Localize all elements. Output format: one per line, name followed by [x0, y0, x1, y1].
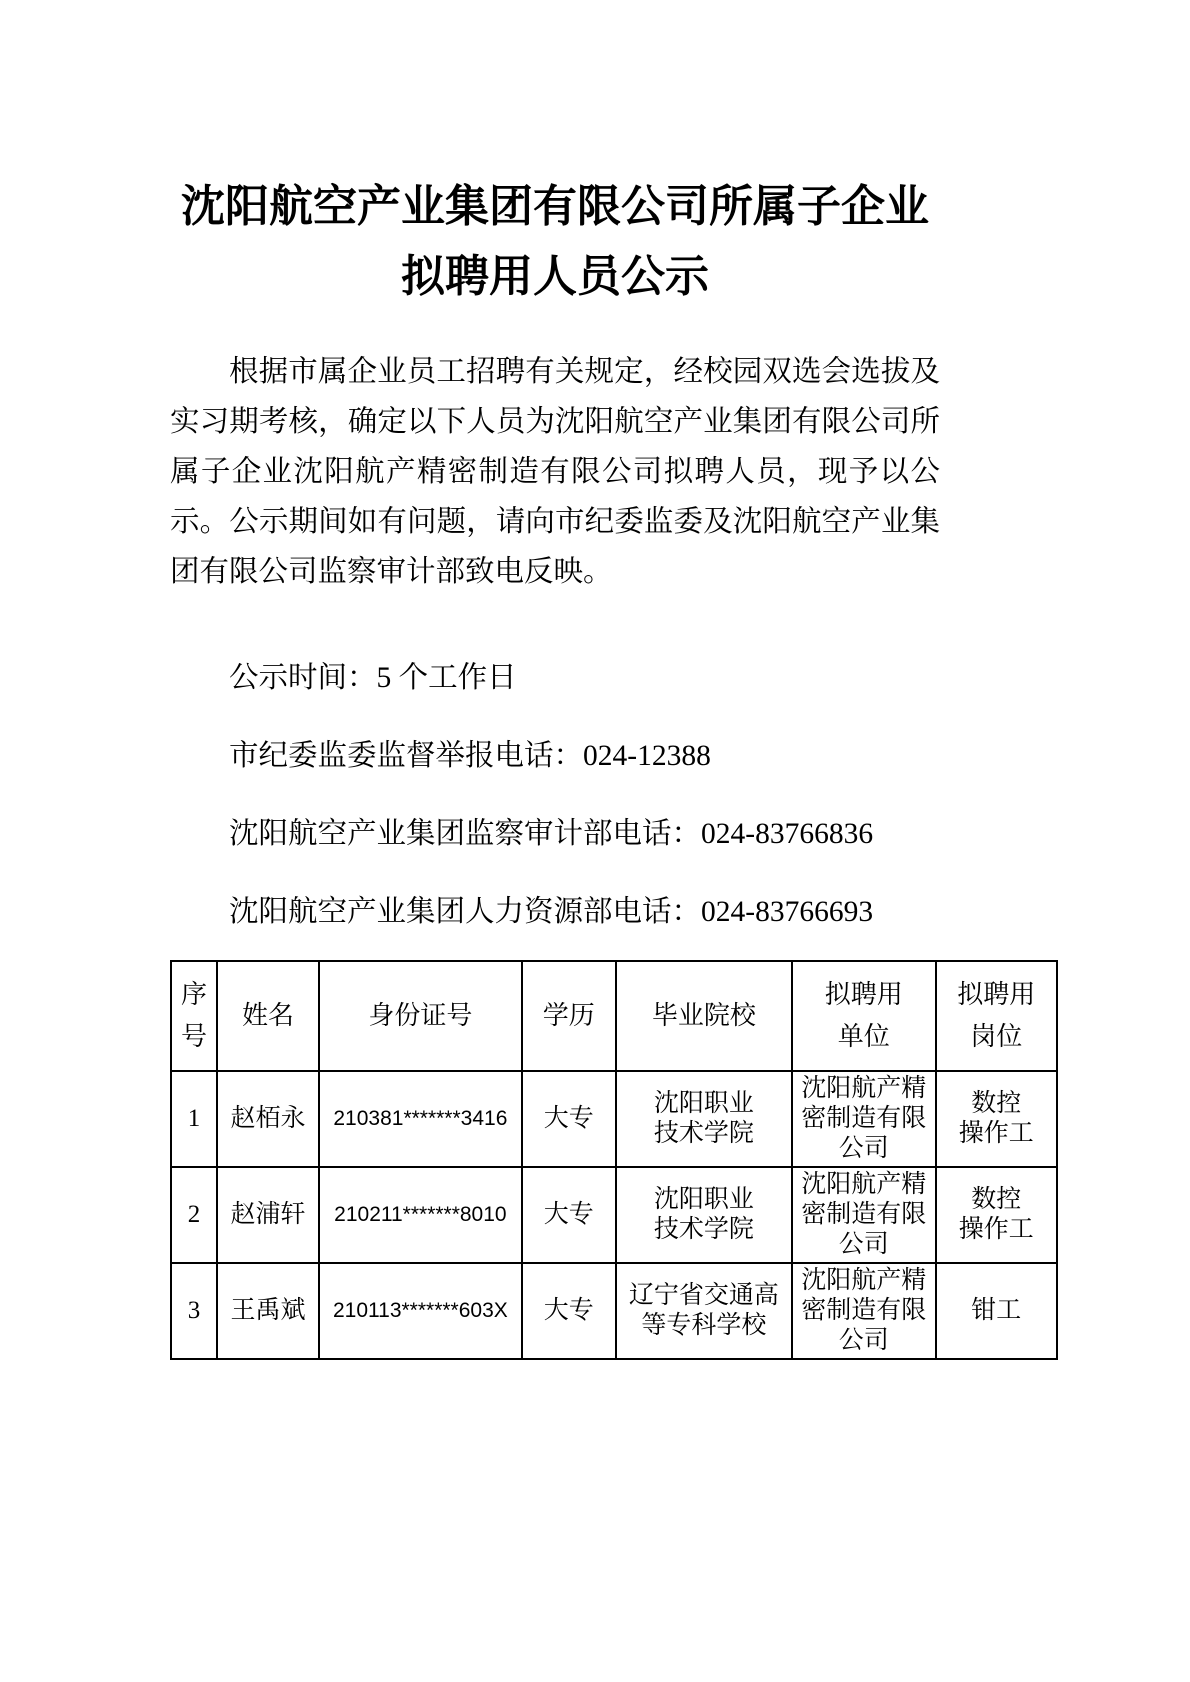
cell-serial: 3 — [171, 1263, 217, 1359]
cell-employer: 沈阳航产精 密制造有限 公司 — [792, 1071, 936, 1167]
col-header-education: 学历 — [522, 961, 616, 1071]
col-header-position: 拟聘用 岗位 — [936, 961, 1057, 1071]
cell-name: 王禹斌 — [217, 1263, 319, 1359]
title-line-2: 拟聘用人员公示 — [170, 242, 940, 312]
col-header-school: 毕业院校 — [616, 961, 792, 1071]
publicity-duration-line: 公示时间：5 个工作日 — [170, 653, 1058, 703]
table-row: 2 赵浦轩 210211*******8010 大专 沈阳职业 技术学院 沈阳航… — [171, 1167, 1057, 1263]
cell-school: 辽宁省交通高 等专科学校 — [616, 1263, 792, 1359]
cell-education: 大专 — [522, 1071, 616, 1167]
col-header-id-number: 身份证号 — [319, 961, 522, 1071]
cell-serial: 1 — [171, 1071, 217, 1167]
cell-education: 大专 — [522, 1167, 616, 1263]
table-row: 3 王禹斌 210113*******603X 大专 辽宁省交通高 等专科学校 … — [171, 1263, 1057, 1359]
page-title: 沈阳航空产业集团有限公司所属子企业 拟聘用人员公示 — [170, 172, 1058, 312]
cell-school: 沈阳职业 技术学院 — [616, 1071, 792, 1167]
cell-position: 钳工 — [936, 1263, 1057, 1359]
audit-phone-line: 沈阳航空产业集团监察审计部电话：024-83766836 — [170, 809, 1058, 859]
hr-phone-line: 沈阳航空产业集团人力资源部电话：024-83766693 — [170, 887, 1058, 937]
table-header-row: 序 号 姓名 身份证号 学历 毕业院校 拟聘用 单位 拟聘用 岗位 — [171, 961, 1057, 1071]
col-header-name: 姓名 — [217, 961, 319, 1071]
document-page: 沈阳航空产业集团有限公司所属子企业 拟聘用人员公示 根据市属企业员工招聘有关规定… — [0, 0, 1190, 1682]
cell-education: 大专 — [522, 1263, 616, 1359]
cell-employer: 沈阳航产精 密制造有限 公司 — [792, 1167, 936, 1263]
cell-name: 赵栢永 — [217, 1071, 319, 1167]
cell-id-number: 210211*******8010 — [319, 1167, 522, 1263]
proposed-hires-table: 序 号 姓名 身份证号 学历 毕业院校 拟聘用 单位 拟聘用 岗位 1 赵栢永 … — [170, 960, 1058, 1360]
cell-serial: 2 — [171, 1167, 217, 1263]
jiwei-phone-line: 市纪委监委监督举报电话：024-12388 — [170, 731, 1058, 781]
title-line-1: 沈阳航空产业集团有限公司所属子企业 — [170, 172, 940, 242]
cell-position: 数控 操作工 — [936, 1071, 1057, 1167]
intro-paragraph: 根据市属企业员工招聘有关规定，经校园双选会选拔及实习期考核，确定以下人员为沈阳航… — [170, 347, 1058, 597]
cell-id-number: 210113*******603X — [319, 1263, 522, 1359]
table-row: 1 赵栢永 210381*******3416 大专 沈阳职业 技术学院 沈阳航… — [171, 1071, 1057, 1167]
cell-position: 数控 操作工 — [936, 1167, 1057, 1263]
cell-id-number: 210381*******3416 — [319, 1071, 522, 1167]
cell-name: 赵浦轩 — [217, 1167, 319, 1263]
col-header-employer: 拟聘用 单位 — [792, 961, 936, 1071]
col-header-serial: 序 号 — [171, 961, 217, 1071]
cell-school: 沈阳职业 技术学院 — [616, 1167, 792, 1263]
cell-employer: 沈阳航产精 密制造有限 公司 — [792, 1263, 936, 1359]
